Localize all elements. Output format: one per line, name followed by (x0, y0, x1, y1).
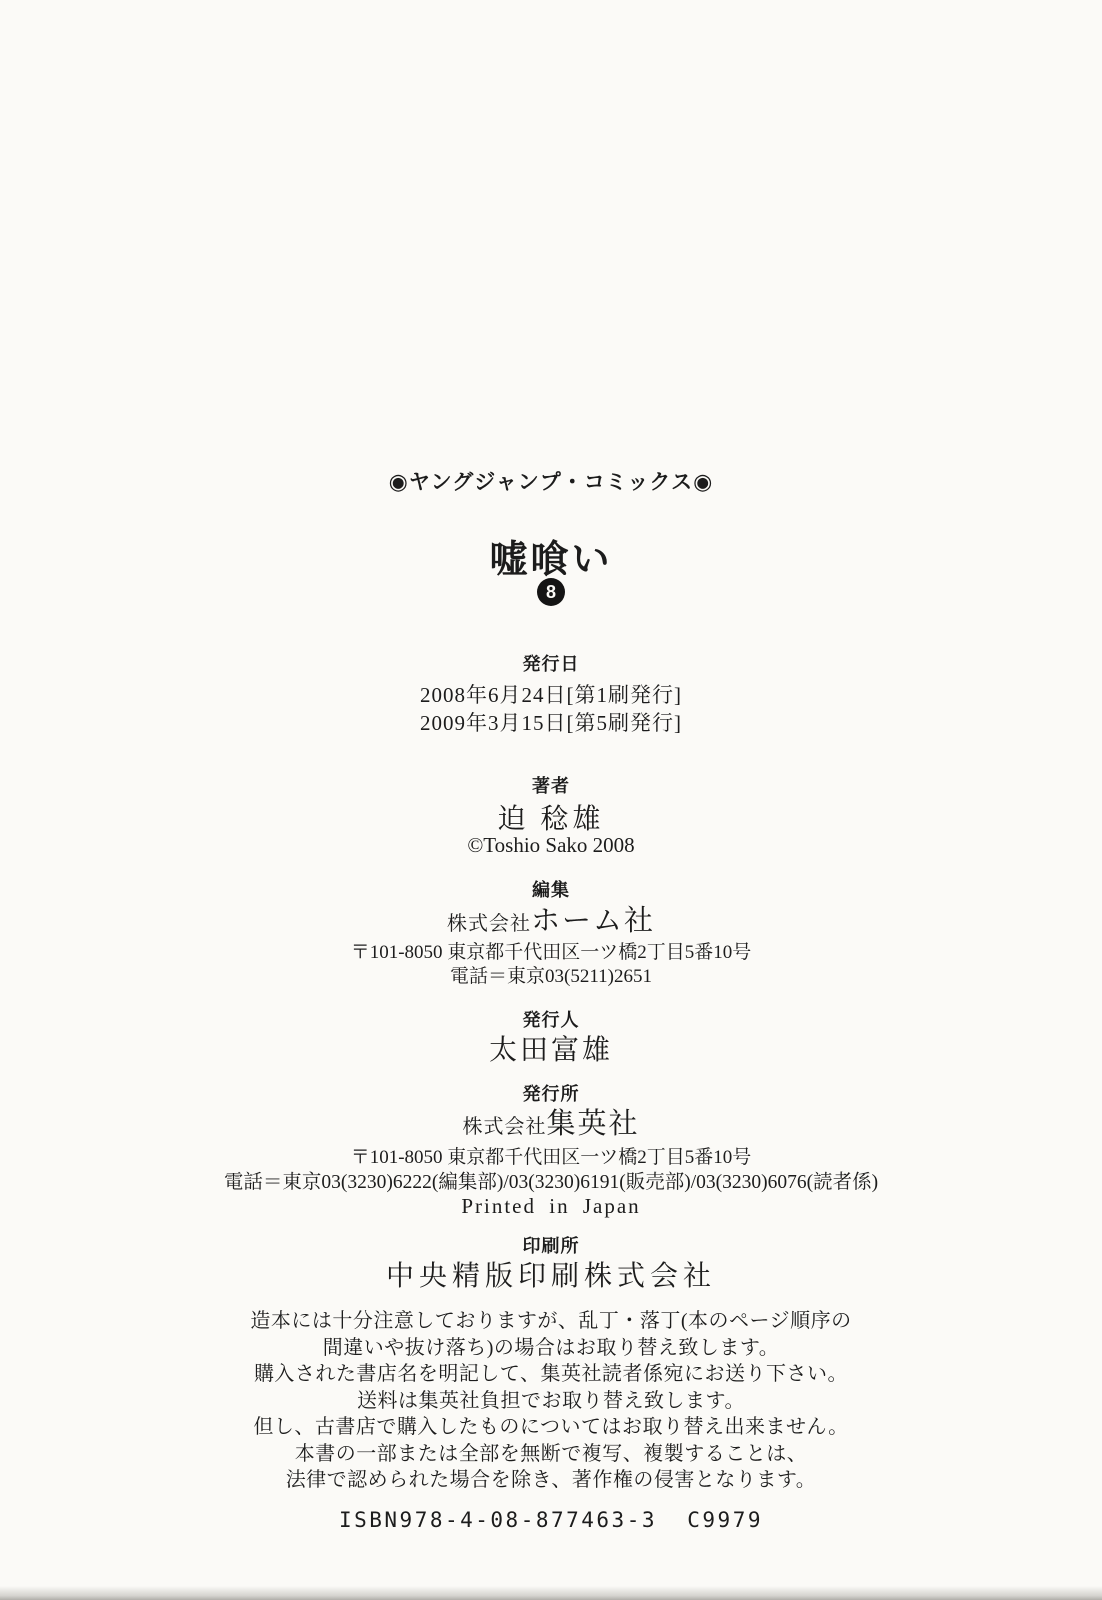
volume-number-badge: 8 (537, 578, 565, 606)
author-label: 著者 (0, 772, 1102, 798)
scan-edge-shadow (0, 1586, 1102, 1600)
publisher-person-name: 太田富雄 (0, 1028, 1102, 1068)
colophon-page: ◉ヤングジャンプ・コミックス◉ 嘘喰い 8 発行日 2008年6月24日[第1刷… (0, 0, 1102, 1600)
editor-phone: 電話＝東京03(5211)2651 (0, 961, 1102, 988)
notice-line: 但し、古書店で購入したものについてはお取り替え出来ません。 (0, 1414, 1102, 1441)
fisheye-bullet-icon-right: ◉ (693, 469, 713, 494)
publisher-phone: 電話＝東京03(3230)6222(編集部)/03(3230)6191(販売部)… (0, 1166, 1102, 1194)
fisheye-bullet-icon-left: ◉ (389, 469, 409, 494)
notice-line: 造本には十分注意しておりますが、乱丁・落丁(本のページ順序の (0, 1308, 1102, 1335)
publisher-company-name: 集英社 (546, 1108, 639, 1140)
notice-line: 法律で認められた場合を除き、著作権の侵害となります。 (0, 1467, 1102, 1494)
editor-address: 〒101-8050 東京都千代田区一ツ橋2丁目5番10号 (0, 937, 1102, 964)
author-name: 迫 稔雄 (0, 797, 1102, 837)
first-printing-date: 2008年6月24日[第1刷発行] (0, 679, 1102, 709)
isbn-code: ISBN978-4-08-877463-3 C9979 (0, 1508, 1102, 1532)
publisher-address: 〒101-8050 東京都千代田区一ツ橋2丁目5番10号 (0, 1142, 1102, 1169)
copyright-notice: ©Toshio Sako 2008 (0, 833, 1102, 858)
printer-name: 中央精版印刷株式会社 (0, 1254, 1102, 1294)
notice-line: 間違いや抜け落ち)の場合はお取り替え致します。 (0, 1335, 1102, 1362)
printed-in-japan: Printed in Japan (0, 1194, 1102, 1219)
editor-company-prefix: 株式会社 (447, 913, 531, 935)
publication-date-label: 発行日 (0, 650, 1102, 676)
notice-line: 送料は集英社負担でお取り替え致します。 (0, 1388, 1102, 1415)
series-header-label: ヤングジャンプ・コミックス (409, 471, 693, 494)
book-title: 嘘喰い (0, 528, 1102, 583)
notice-line: 本書の一部または全部を無断で複写、複製することは、 (0, 1441, 1102, 1468)
editor-company: 株式会社ホーム社 (0, 898, 1102, 939)
editor-company-name: ホーム社 (531, 905, 655, 937)
fifth-printing-date: 2009年3月15日[第5刷発行] (0, 707, 1102, 737)
series-header: ◉ヤングジャンプ・コミックス◉ (0, 466, 1102, 496)
legal-notice: 造本には十分注意しておりますが、乱丁・落丁(本のページ順序の 間違いや抜け落ち)… (0, 1308, 1102, 1494)
volume-row: 8 (0, 578, 1102, 606)
notice-line: 購入された書店名を明記して、集英社読者係宛にお送り下さい。 (0, 1361, 1102, 1388)
publisher-company: 株式会社集英社 (0, 1101, 1102, 1142)
publisher-company-prefix: 株式会社 (462, 1116, 546, 1138)
